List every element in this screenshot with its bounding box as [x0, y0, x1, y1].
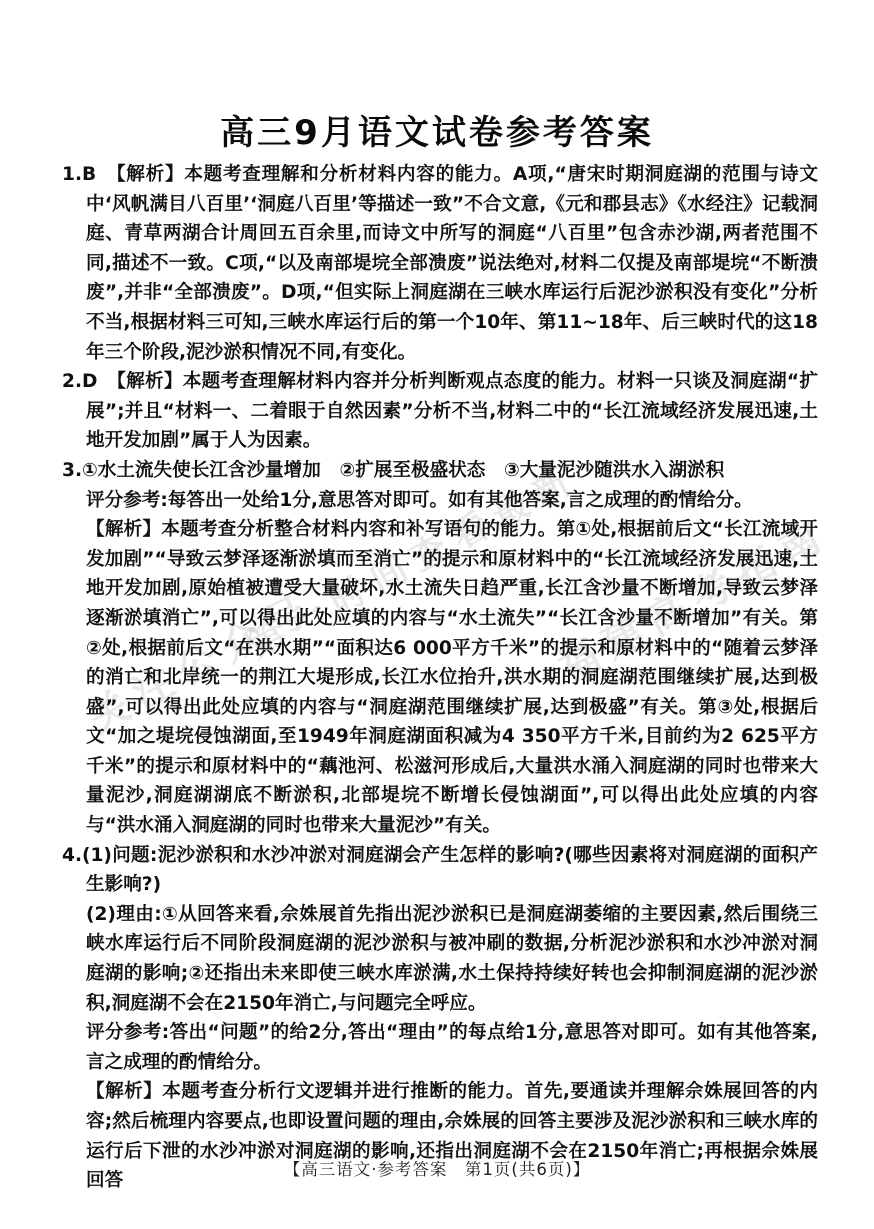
answer-4-question: 4.(1)问题:泥沙淤积和水沙冲淤对洞庭湖会产生怎样的影响?(哪些因素将对洞庭湖… [62, 841, 818, 900]
answer-2-paragraph: 2.D 【解析】本题考查理解材料内容并分析判断观点态度的能力。材料一只谈及洞庭湖… [62, 367, 818, 456]
answer-3-analysis: 【解析】本题考查分析整合材料内容和补写语句的能力。第①处,根据前后文“长江流域开… [62, 515, 818, 841]
answer-4-reason: (2)理由:①从回答来看,佘姝展首先指出泥沙淤积已是洞庭湖萎缩的主要因素,然后围… [62, 900, 818, 1018]
answer-4-scoring-note: 评分参考:答出“问题”的给2分,答出“理由”的每点给1分,意思答对即可。如有其他… [62, 1018, 818, 1077]
page-footer: 【高三语文·参考答案 第1页(共6页)】 [0, 1156, 874, 1180]
page-title: 高三9月语文试卷参考答案 [0, 105, 874, 154]
answer-3-paragraph: 3.①水土流失使长江含沙量增加 ②扩展至极盛状态 ③大量泥沙随洪水入湖淤积 [62, 456, 818, 486]
answer-key-page: 关注公众号 福建高考指南 第一时间查看最新 高三9月语文试卷参考答案 1.B 【… [0, 0, 874, 1229]
answers-body: 1.B 【解析】本题考查理解和分析材料内容的能力。A项,“唐宋时期洞庭湖的范围与… [62, 160, 818, 1196]
answer-3-scoring-note: 评分参考:每答出一处给1分,意思答对即可。如有其他答案,言之成理的酌情给分。 [62, 486, 818, 516]
answer-1-paragraph: 1.B 【解析】本题考查理解和分析材料内容的能力。A项,“唐宋时期洞庭湖的范围与… [62, 160, 818, 367]
